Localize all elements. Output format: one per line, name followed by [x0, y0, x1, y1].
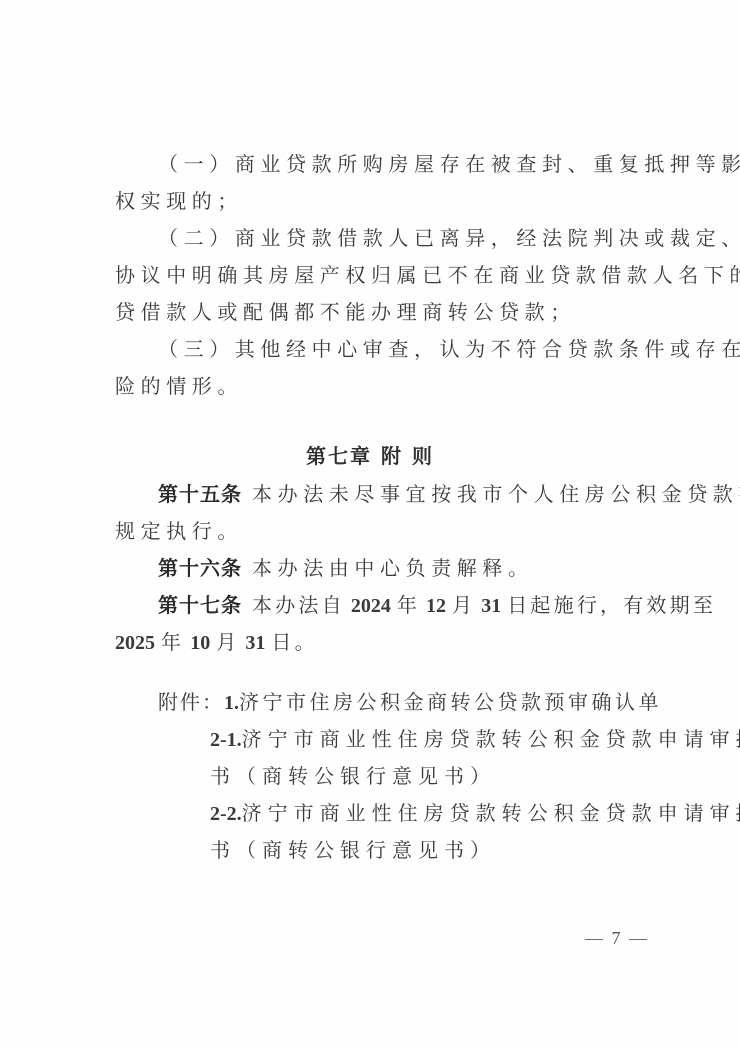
- article-17-day-start: 31: [481, 595, 501, 617]
- article-16-label: 第十六条: [158, 556, 242, 580]
- article-17-day-end: 31: [245, 632, 265, 654]
- month-char: 月: [216, 630, 239, 654]
- attachment-1-number: 1.: [224, 692, 239, 714]
- article-17-year-start: 2024: [351, 595, 391, 617]
- article-17-label: 第十七条: [158, 593, 242, 617]
- article-17-line-1: 第十七条本办法自2024年12月31日起施行，有效期至: [158, 591, 688, 620]
- attachment-1-title: 济宁市住房公积金商转公贷款预审确认单: [239, 690, 662, 714]
- article-17-text-pre: 本办法自: [252, 593, 345, 617]
- article-16-text: 本办法由中心负责解释。: [252, 556, 534, 580]
- article-15-line-1: 第十五条本办法未尽事宜按我市个人住房公积金贷款有关: [158, 480, 688, 508]
- paragraph-2-line-1: （二）商业贷款借款人已离异，经法院判决或裁定、或离婚: [158, 224, 688, 252]
- article-15-line-2: 规定执行。: [115, 517, 645, 545]
- article-17-text-end: 日。: [271, 630, 317, 654]
- attachments-label: 附件：: [158, 690, 224, 714]
- article-16-line-1: 第十六条本办法由中心负责解释。: [158, 554, 688, 582]
- page-number: — 7 —: [585, 928, 649, 949]
- attachment-2-2-title-line-1: 济宁市商业性住房贷款转公积金贷款申请审批: [242, 801, 740, 825]
- year-char: 年: [161, 630, 184, 654]
- paragraph-1-line-1: （一）商业贷款所购房屋存在被查封、重复抵押等影响抵押: [158, 150, 688, 178]
- attachment-2-1-title-line-1: 济宁市商业性住房贷款转公积金贷款申请审批: [242, 727, 740, 751]
- paragraph-3-line-2: 险的情形。: [115, 372, 645, 400]
- chapter-heading: 第七章 附 则: [0, 440, 740, 469]
- attachment-2-2-number: 2-2.: [210, 803, 242, 825]
- document-page: （一）商业贷款所购房屋存在被查封、重复抵押等影响抵押 权实现的； （二）商业贷款…: [0, 0, 740, 1046]
- month-char: 月: [452, 593, 475, 617]
- attachment-2-1-number: 2-1.: [210, 729, 242, 751]
- article-17-text-post: 日起施行，有效期至: [507, 593, 716, 617]
- article-15-label: 第十五条: [158, 482, 242, 506]
- article-17-line-2: 2025年10月31日。: [115, 628, 645, 657]
- article-17-month-end: 10: [190, 632, 210, 654]
- attachment-2-2-line-1: 2-2.济宁市商业性住房贷款转公积金贷款申请审批: [210, 799, 740, 828]
- attachments-line-1: 附件：1.济宁市住房公积金商转公贷款预审确认单: [158, 688, 662, 717]
- article-17-month-start: 12: [426, 595, 446, 617]
- attachment-2-1-line-1: 2-1.济宁市商业性住房贷款转公积金贷款申请审批: [210, 725, 740, 754]
- paragraph-2-line-3: 贷借款人或配偶都不能办理商转公贷款；: [115, 298, 645, 326]
- paragraph-2-line-2: 协议中明确其房屋产权归属已不在商业贷款借款人名下的，原商: [115, 261, 645, 289]
- paragraph-1-line-2: 权实现的；: [115, 187, 645, 215]
- year-char: 年: [397, 593, 420, 617]
- attachment-2-1-line-2: 书（商转公银行意见书）: [210, 762, 496, 790]
- article-15-text: 本办法未尽事宜按我市个人住房公积金贷款有关: [252, 482, 740, 506]
- attachment-2-2-line-2: 书（商转公银行意见书）: [210, 836, 496, 864]
- paragraph-3-line-1: （三）其他经中心审查，认为不符合贷款条件或存在贷款风: [158, 335, 688, 363]
- article-17-year-end: 2025: [115, 632, 155, 654]
